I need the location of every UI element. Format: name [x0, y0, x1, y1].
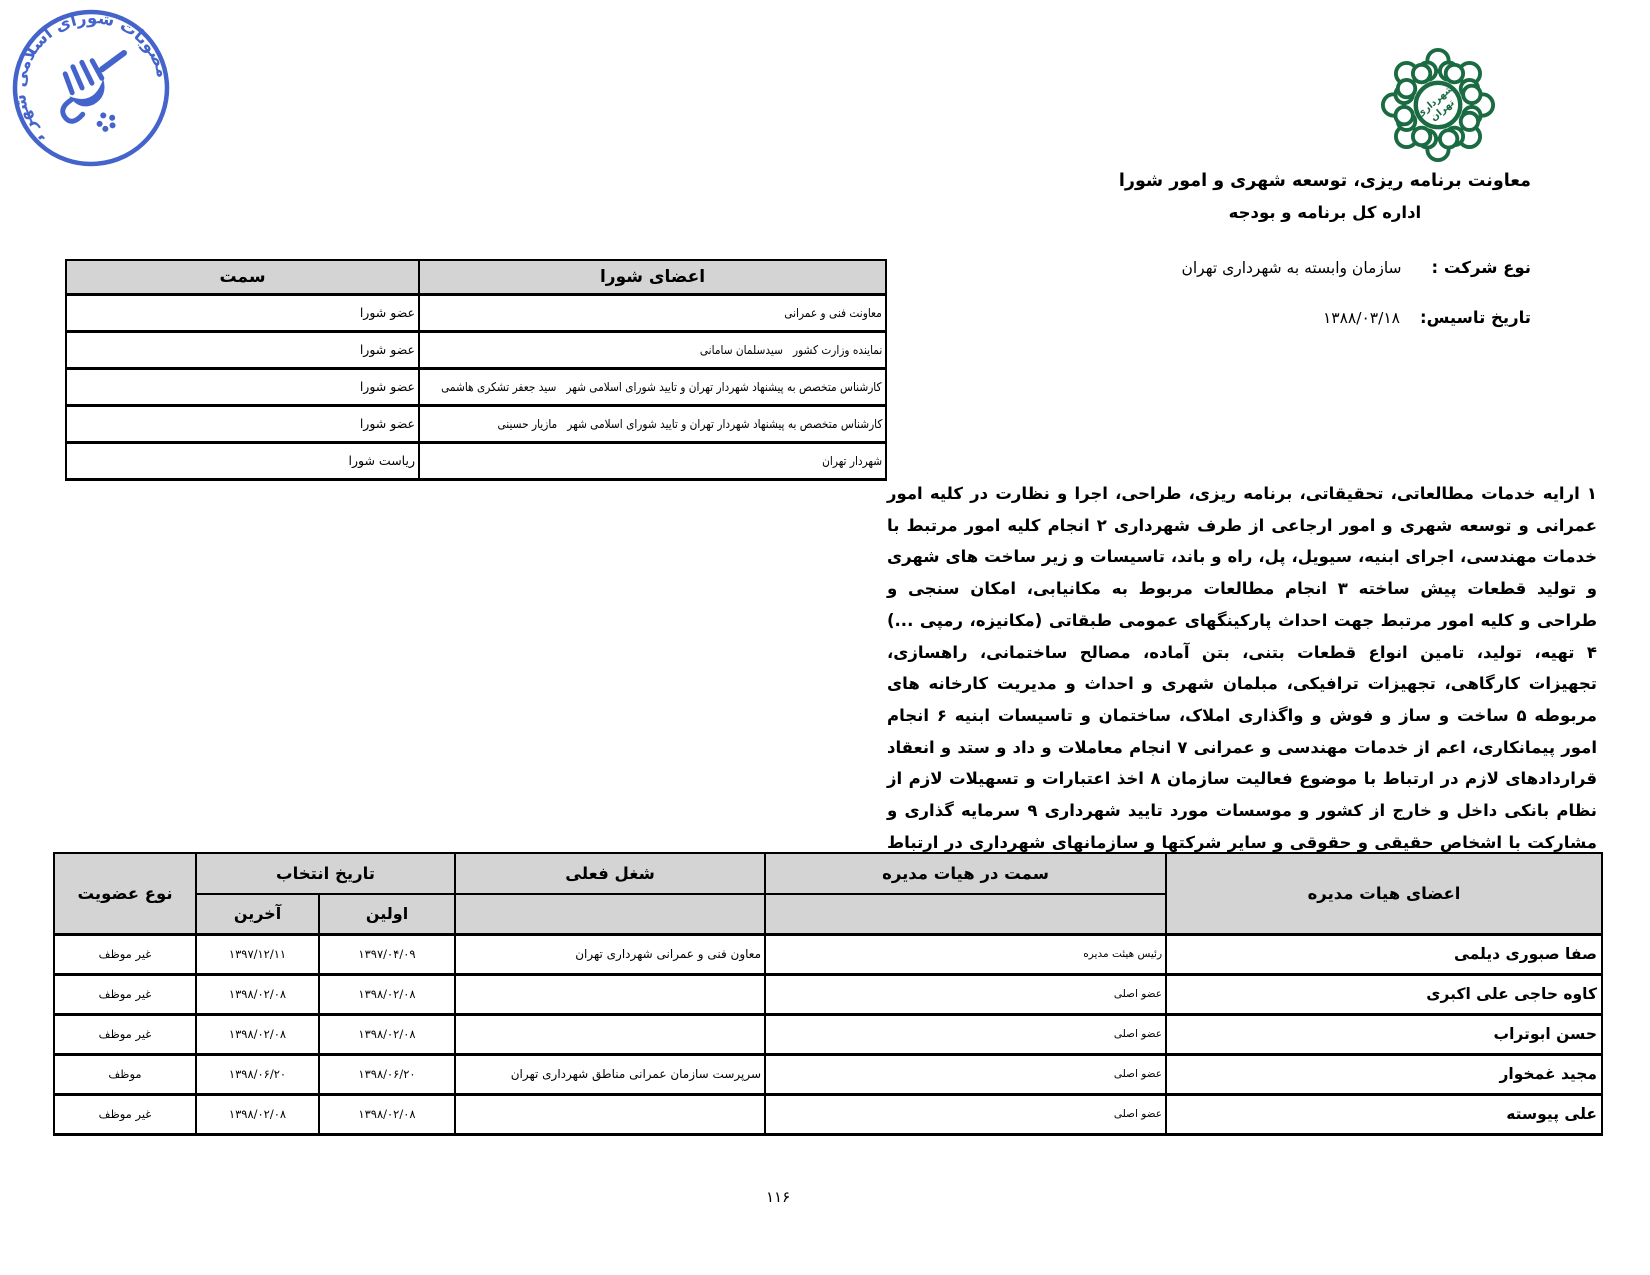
- council-col-position: سمت: [66, 260, 419, 294]
- page-number: ۱۱۶: [766, 1188, 790, 1206]
- table-row: نماینده وزارت کشور سیدسلمان سامانی عضو ش…: [66, 331, 886, 368]
- table-row: کارشناس متخصص به پیشنهاد شهردار تهران و …: [66, 405, 886, 442]
- council-member: کارشناس متخصص به پیشنهاد شهردار تهران و …: [419, 368, 886, 405]
- board-col-first: اولین: [319, 894, 455, 934]
- department-line1: معاونت برنامه ریزی، توسعه شهری و امور شو…: [1119, 171, 1531, 191]
- board-col-position-sub: [765, 894, 1166, 934]
- board-member-job: [455, 974, 765, 1014]
- council-member: کارشناس متخصص به پیشنهاد شهردار تهران و …: [419, 405, 886, 442]
- board-member-last-date: ۱۳۹۸/۰۲/۰۸: [196, 974, 319, 1014]
- council-members-table: اعضای شورا سمت معاونت فنی و عمرانی عضو ش…: [65, 259, 887, 481]
- table-row: علی پیوسته عضو اصلی ۱۳۹۸/۰۲/۰۸ ۱۳۹۸/۰۲/۰…: [54, 1094, 1602, 1134]
- table-row: صفا صبوری دیلمی رئیس هیئت مدیره معاون فن…: [54, 934, 1602, 974]
- board-col-last: آخرین: [196, 894, 319, 934]
- activities-paragraph: ۱ ارایه خدمات مطالعاتی، تحقیقاتی، برنامه…: [887, 478, 1597, 890]
- municipality-logo: شهرداری تهران: [1380, 46, 1496, 164]
- board-col-members: اعضای هیات مدیره: [1166, 853, 1602, 934]
- table-row: کاوه حاجی علی اکبری عضو اصلی ۱۳۹۸/۰۲/۰۸ …: [54, 974, 1602, 1014]
- stamp-flower-icon: [93, 108, 119, 134]
- board-member-name: مجید غمخوار: [1166, 1054, 1602, 1094]
- board-member-position: عضو اصلی: [765, 1094, 1166, 1134]
- company-type-label: نوع شرکت :: [1432, 258, 1531, 277]
- document-page: اداره مصوبات شورای اسلامی شهر تهران: [0, 0, 1650, 1275]
- board-member-membership: غیر موظف: [54, 1014, 196, 1054]
- established-date-value: ۱۳۸۸/۰۳/۱۸: [1323, 309, 1400, 327]
- table-row: شهردار تهران ریاست شورا: [66, 442, 886, 479]
- table-row: مجید غمخوار عضو اصلی سرپرست سازمان عمران…: [54, 1054, 1602, 1094]
- board-member-last-date: ۱۳۹۸/۰۲/۰۸: [196, 1014, 319, 1054]
- company-type-value: سازمان وابسته به شهرداری تهران: [1181, 259, 1401, 277]
- council-position: عضو شورا: [66, 331, 419, 368]
- board-member-membership: غیر موظف: [54, 1094, 196, 1134]
- board-member-name: علی پیوسته: [1166, 1094, 1602, 1134]
- board-member-last-date: ۱۳۹۸/۰۲/۰۸: [196, 1094, 319, 1134]
- council-col-members: اعضای شورا: [419, 260, 886, 294]
- board-member-position: رئیس هیئت مدیره: [765, 934, 1166, 974]
- council-position: عضو شورا: [66, 405, 419, 442]
- council-member: نماینده وزارت کشور سیدسلمان سامانی: [419, 331, 886, 368]
- board-member-job: معاون فنی و عمرانی شهرداری تهران: [455, 934, 765, 974]
- board-member-first-date: ۱۳۹۸/۰۲/۰۸: [319, 1094, 455, 1134]
- board-member-membership: غیر موظف: [54, 934, 196, 974]
- board-member-job: [455, 1014, 765, 1054]
- table-row: کارشناس متخصص به پیشنهاد شهردار تهران و …: [66, 368, 886, 405]
- board-member-last-date: ۱۳۹۸/۰۶/۲۰: [196, 1054, 319, 1094]
- board-member-position: عضو اصلی: [765, 1014, 1166, 1054]
- board-member-first-date: ۱۳۹۸/۰۲/۰۸: [319, 974, 455, 1014]
- stamp-hand-icon: [46, 44, 141, 124]
- board-col-position: سمت در هیات مدیره: [765, 853, 1166, 894]
- board-member-name: حسن ابوتراب: [1166, 1014, 1602, 1054]
- board-col-job: شغل فعلی: [455, 853, 765, 894]
- council-position: عضو شورا: [66, 368, 419, 405]
- council-position: ریاست شورا: [66, 442, 419, 479]
- board-member-job: [455, 1094, 765, 1134]
- established-date-label: تاریخ تاسیس:: [1420, 308, 1531, 327]
- board-member-job: سرپرست سازمان عمرانی مناطق شهرداری تهران: [455, 1054, 765, 1094]
- department-header: معاونت برنامه ریزی، توسعه شهری و امور شو…: [1119, 171, 1531, 222]
- board-members-table: اعضای هیات مدیره سمت در هیات مدیره شغل ف…: [53, 852, 1603, 1136]
- board-col-membership: نوع عضویت: [54, 853, 196, 934]
- board-member-first-date: ۱۳۹۸/۰۲/۰۸: [319, 1014, 455, 1054]
- council-stamp: اداره مصوبات شورای اسلامی شهر تهران: [6, 0, 176, 178]
- board-member-membership: غیر موظف: [54, 974, 196, 1014]
- board-member-first-date: ۱۳۹۸/۰۶/۲۰: [319, 1054, 455, 1094]
- board-member-first-date: ۱۳۹۷/۰۴/۰۹: [319, 934, 455, 974]
- council-member: شهردار تهران: [419, 442, 886, 479]
- board-col-job-sub: [455, 894, 765, 934]
- board-member-position: عضو اصلی: [765, 1054, 1166, 1094]
- board-member-position: عضو اصلی: [765, 974, 1166, 1014]
- table-row: حسن ابوتراب عضو اصلی ۱۳۹۸/۰۲/۰۸ ۱۳۹۸/۰۲/…: [54, 1014, 1602, 1054]
- board-member-name: صفا صبوری دیلمی: [1166, 934, 1602, 974]
- board-member-last-date: ۱۳۹۷/۱۲/۱۱: [196, 934, 319, 974]
- established-date-line: تاریخ تاسیس:۱۳۸۸/۰۳/۱۸: [1323, 308, 1531, 327]
- council-member: معاونت فنی و عمرانی: [419, 294, 886, 331]
- company-type-line: نوع شرکت :سازمان وابسته به شهرداری تهران: [1181, 258, 1531, 277]
- council-position: عضو شورا: [66, 294, 419, 331]
- department-line2: اداره کل برنامه و بودجه: [1119, 203, 1531, 222]
- table-row: معاونت فنی و عمرانی عضو شورا: [66, 294, 886, 331]
- board-member-membership: موظف: [54, 1054, 196, 1094]
- board-member-name: کاوه حاجی علی اکبری: [1166, 974, 1602, 1014]
- board-col-election-date: تاریخ انتخاب: [196, 853, 455, 894]
